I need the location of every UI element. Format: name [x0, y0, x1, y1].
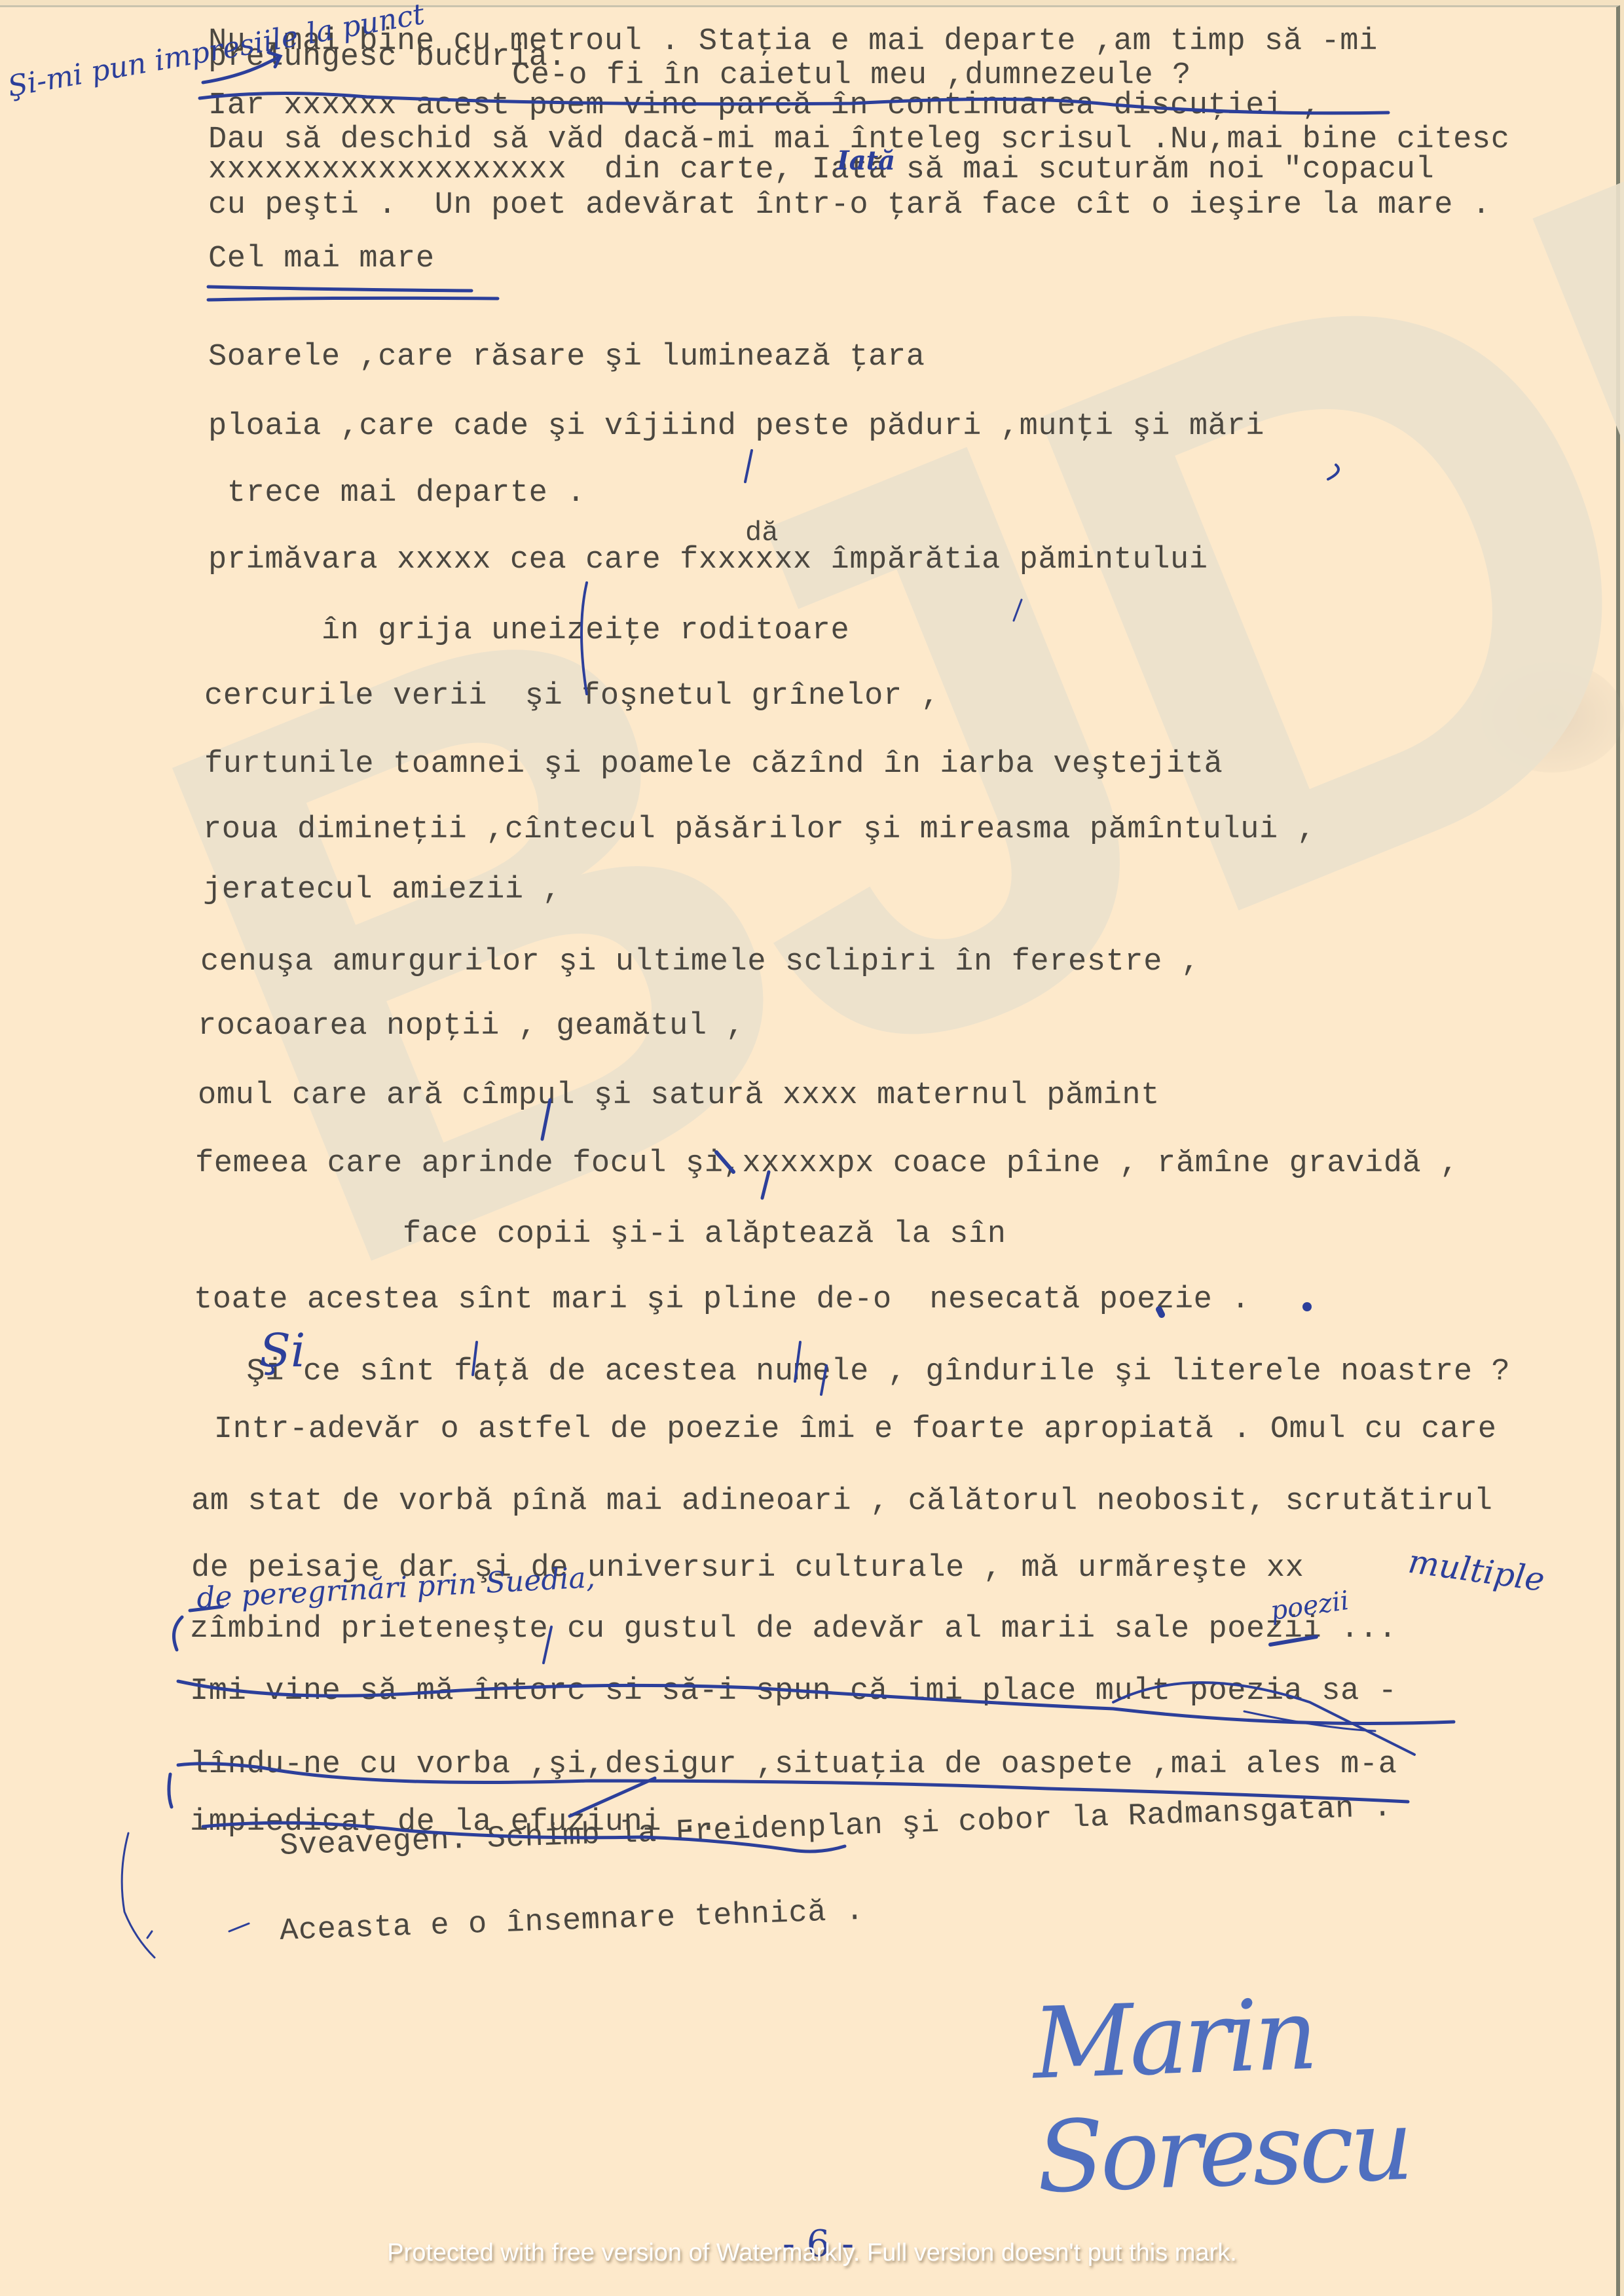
watermark-notice: Protected with free version of Watermark… [0, 2239, 1624, 2267]
pen-strokes [0, 0, 1624, 2296]
